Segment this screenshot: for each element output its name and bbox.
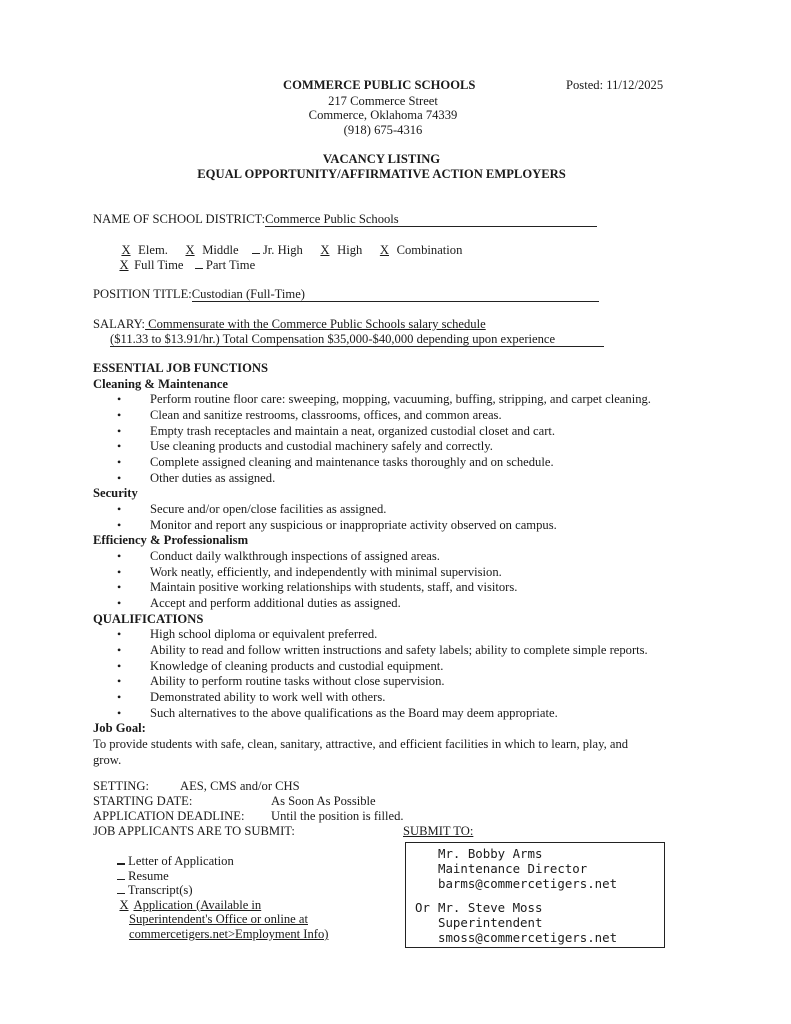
list-item: Such alternatives to the above qualifica…: [117, 706, 713, 722]
contact2-title: Superintendent: [438, 915, 542, 930]
start-label: STARTING DATE:: [93, 794, 192, 810]
submit-to-label: SUBMIT TO:: [403, 824, 473, 840]
submit-item: X Application (Available in: [117, 898, 328, 913]
employment-mark-fulltime[interactable]: X: [117, 258, 131, 274]
list-item: Empty trash receptacles and maintain a n…: [117, 424, 713, 440]
level-label: Combination: [397, 243, 463, 257]
section-list-efficiency: Conduct daily walkthrough inspections of…: [117, 549, 713, 612]
qualifications-list: High school diploma or equivalent prefer…: [117, 627, 713, 721]
list-item: Ability to perform routine tasks without…: [117, 674, 713, 690]
level-mark-jrhigh[interactable]: [252, 242, 260, 254]
submit-item-label: Application (Available in: [133, 898, 261, 912]
list-item: Knowledge of cleaning products and custo…: [117, 659, 713, 675]
list-item: Other duties as assigned.: [117, 471, 713, 487]
employment-label: Full Time: [134, 258, 183, 272]
submit-item: Resume: [117, 869, 328, 884]
setting-value: AES, CMS and/or CHS: [180, 779, 300, 795]
checkbox-application[interactable]: X: [117, 898, 131, 913]
phone: (918) 675-4316: [283, 123, 483, 139]
contact2-name: Mr. Steve Moss: [438, 900, 542, 915]
level-label: Middle: [202, 243, 238, 257]
employment-label: Part Time: [206, 258, 255, 272]
contact-box: Mr. Bobby Arms Maintenance Director barm…: [405, 842, 665, 948]
level-label: High: [337, 243, 362, 257]
employment-mark-parttime[interactable]: [195, 257, 203, 269]
start-value: As Soon As Possible: [271, 794, 376, 810]
job-goal-line2: grow.: [93, 753, 713, 769]
list-item: Monitor and report any suspicious or ina…: [117, 518, 713, 534]
doc-subtitle: EQUAL OPPORTUNITY/AFFIRMATIVE ACTION EMP…: [0, 167, 763, 183]
salary-line1: Commensurate with the Commerce Public Sc…: [145, 317, 486, 331]
submit-item-label: Resume: [128, 869, 169, 883]
submit-items: Letter of Application Resume Transcript(…: [117, 853, 328, 942]
contact1-name: Mr. Bobby Arms: [438, 846, 542, 861]
essential-functions: ESSENTIAL JOB FUNCTIONS Cleaning & Maint…: [93, 361, 713, 768]
deadline-label: APPLICATION DEADLINE:: [93, 809, 244, 825]
org-name: COMMERCE PUBLIC SCHOOLS: [283, 78, 475, 94]
submit-item: Letter of Application: [117, 853, 328, 869]
list-item: Complete assigned cleaning and maintenan…: [117, 455, 713, 471]
position-row: POSITION TITLE: Custodian (Full-Time): [93, 287, 599, 303]
submit-item-line3: commercetigers.net>Employment Info): [129, 927, 328, 941]
checkbox-transcripts[interactable]: [117, 883, 125, 894]
section-list-cleaning: Perform routine floor care: sweeping, mo…: [117, 392, 713, 486]
section-title: Cleaning & Maintenance: [93, 377, 713, 393]
contact1-title: Maintenance Director: [438, 861, 587, 876]
level-mark-high[interactable]: X: [316, 243, 334, 259]
list-item: Use cleaning products and custodial mach…: [117, 439, 713, 455]
list-item: Work neatly, efficiently, and independen…: [117, 565, 713, 581]
deadline-value: Until the position is filled.: [271, 809, 404, 825]
contact-or: Or: [415, 900, 430, 915]
address-line2: Commerce, Oklahoma 74339: [283, 108, 483, 124]
list-item: Conduct daily walkthrough inspections of…: [117, 549, 713, 565]
list-item: Secure and/or open/close facilities as a…: [117, 502, 713, 518]
job-goal-heading: Job Goal:: [93, 721, 713, 737]
list-item: Perform routine floor care: sweeping, mo…: [117, 392, 713, 408]
submit-item: Transcript(s): [117, 883, 328, 898]
district-label: NAME OF SCHOOL DISTRICT:: [93, 212, 265, 226]
checkbox-letter[interactable]: [117, 853, 125, 865]
section-title: Security: [93, 486, 713, 502]
setting-label: SETTING:: [93, 779, 149, 795]
submit-item-label: Letter of Application: [128, 854, 234, 868]
list-item: Ability to read and follow written instr…: [117, 643, 713, 659]
submit-item-label: Transcript(s): [128, 883, 193, 897]
salary-label: SALARY:: [93, 317, 145, 331]
district-row: NAME OF SCHOOL DISTRICT: Commerce Public…: [93, 212, 597, 228]
district-value: Commerce Public Schools: [265, 213, 597, 227]
salary-line2: ($11.33 to $13.91/hr.) Total Compensatio…: [110, 333, 604, 347]
position-label: POSITION TITLE:: [93, 287, 192, 301]
section-list-security: Secure and/or open/close facilities as a…: [117, 502, 713, 533]
employment-types: X Full Time Part Time: [117, 257, 255, 274]
posted-date: Posted: 11/12/2025: [566, 78, 663, 94]
functions-heading: ESSENTIAL JOB FUNCTIONS: [93, 361, 713, 377]
list-item: Maintain positive working relationships …: [117, 580, 713, 596]
submit-item-line2: Superintendent's Office or online at: [117, 912, 328, 927]
level-mark-combination[interactable]: X: [375, 243, 393, 259]
level-label: Elem.: [138, 243, 168, 257]
contact2-email[interactable]: smoss@commercetigers.net: [438, 930, 617, 945]
level-label: Jr. High: [263, 243, 303, 257]
list-item: Clean and sanitize restrooms, classrooms…: [117, 408, 713, 424]
position-value: Custodian (Full-Time): [192, 288, 599, 302]
checkbox-resume[interactable]: [117, 869, 125, 880]
salary-row: SALARY: Commensurate with the Commerce P…: [93, 317, 486, 333]
qualifications-heading: QUALIFICATIONS: [93, 612, 713, 628]
doc-title: VACANCY LISTING: [0, 152, 763, 168]
submit-label: JOB APPLICANTS ARE TO SUBMIT:: [93, 824, 295, 840]
list-item: Demonstrated ability to work well with o…: [117, 690, 713, 706]
list-item: Accept and perform additional duties as …: [117, 596, 713, 612]
salary-row2: ($11.33 to $13.91/hr.) Total Compensatio…: [110, 332, 604, 348]
section-title: Efficiency & Professionalism: [93, 533, 713, 549]
job-goal-line1: To provide students with safe, clean, sa…: [93, 737, 713, 753]
contact1-email[interactable]: barms@commercetigers.net: [438, 876, 617, 891]
list-item: High school diploma or equivalent prefer…: [117, 627, 713, 643]
